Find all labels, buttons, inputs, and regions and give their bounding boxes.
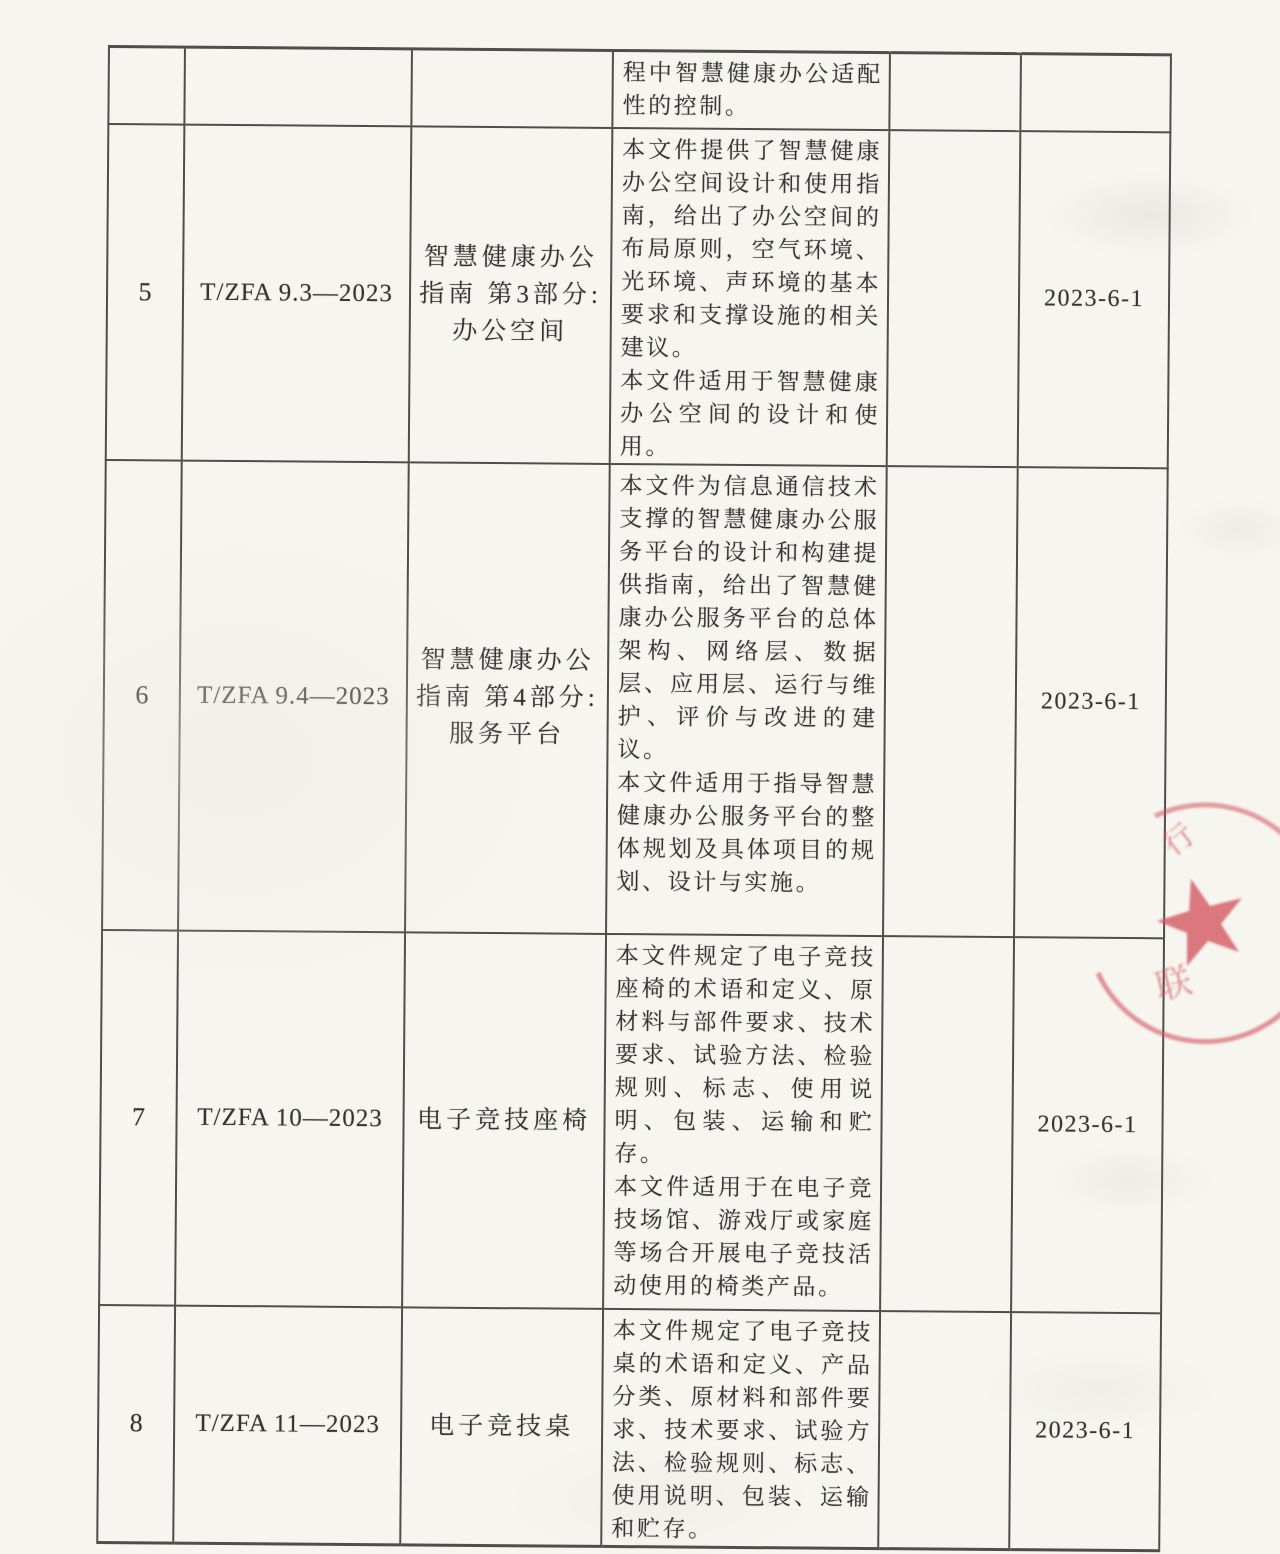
- standard-scope: 本文件规定了电子竞技座椅的术语和定义、原材料与部件要求、技术要求、试验方法、检验…: [603, 933, 883, 1310]
- standard-name-line: 办公空间: [415, 312, 606, 350]
- implementation-date: 2023-6-1: [1009, 1312, 1161, 1551]
- scope-text: 程中智慧健康办公适配性的控制。: [622, 56, 883, 124]
- cell-name-empty: [411, 49, 613, 128]
- seal-star-icon: [1157, 879, 1242, 966]
- table-row-continuation: 程中智慧健康办公适配性的控制。: [108, 47, 1171, 132]
- scope-paragraph: 本文件适用于在电子竞技场馆、游戏厅或家庭等场合开展电子竞技活动使用的椅类产品。: [613, 1170, 874, 1304]
- standard-name-line: 指南 第3部分:: [415, 275, 606, 313]
- table-row-6: 6 T/ZFA 9.4—2023 智慧健康办公 指南 第4部分: 服务平台 本文…: [102, 459, 1168, 937]
- standard-name-line: 智慧健康办公: [415, 238, 606, 276]
- standards-table: 程中智慧健康办公适配性的控制。 5 T/ZFA 9.3—2023 智慧健康办公 …: [96, 45, 1172, 1552]
- seal-top-arc: [1155, 805, 1280, 873]
- standard-scope: 本文件规定了电子竞技桌的术语和定义、产品分类、原材料和部件要求、技术要求、试验方…: [601, 1308, 880, 1548]
- standard-name: 电子竞技座椅: [402, 932, 606, 1309]
- scope-paragraph: 本文件适用于智慧健康办公空间的设计和使用。: [620, 364, 881, 465]
- standard-number: T/ZFA 9.4—2023: [178, 460, 409, 932]
- table-row-7: 7 T/ZFA 10—2023 电子竞技座椅 本文件规定了电子竞技座椅的术语和定…: [99, 929, 1164, 1312]
- scope-paragraph: 本文件规定了电子竞技桌的术语和定义、产品分类、原材料和部件要求、技术要求、试验方…: [611, 1314, 873, 1547]
- table-row-5: 5 T/ZFA 9.3—2023 智慧健康办公 指南 第3部分: 办公空间 本文…: [106, 124, 1171, 468]
- scope-paragraph: 本文件提供了智慧健康办公空间设计和使用指南，给出了办公空间的布局原则，空气环境、…: [621, 133, 883, 366]
- table-row-8: 8 T/ZFA 11—2023 电子竞技桌 本文件规定了电子竞技桌的术语和定义、…: [97, 1304, 1161, 1550]
- scope-paragraph: 本文件规定了电子竞技座椅的术语和定义、原材料与部件要求、技术要求、试验方法、检验…: [614, 939, 876, 1172]
- cell-blank: [880, 936, 1014, 1312]
- cell-scope-continuation: 程中智慧健康办公适配性的控制。: [612, 50, 890, 129]
- standards-table-grid: 程中智慧健康办公适配性的控制。 5 T/ZFA 9.3—2023 智慧健康办公 …: [96, 45, 1172, 1552]
- cell-blank: [889, 53, 1021, 131]
- scanned-document-page: { "page": { "background": "#f6f5f0", "in…: [0, 0, 1280, 1554]
- standard-number: T/ZFA 9.3—2023: [182, 124, 412, 462]
- implementation-date: 2023-6-1: [1018, 131, 1171, 468]
- cell-date-empty: [1020, 54, 1171, 132]
- scope-paragraph: 本文件为信息通信技术支撑的智慧健康办公服务平台的设计和构建提供指南，给出了智慧健…: [617, 469, 879, 768]
- standard-name-line: 智慧健康办公: [412, 641, 603, 679]
- implementation-date: 2023-6-1: [1014, 467, 1168, 938]
- standard-name-line: 服务平台: [411, 715, 602, 753]
- row-number: 6: [102, 459, 182, 930]
- implementation-date: 2023-6-1: [1011, 937, 1164, 1313]
- cell-no-empty: [108, 47, 185, 125]
- standard-name-line: 电子竞技桌: [406, 1407, 597, 1445]
- cell-blank: [887, 130, 1021, 467]
- cell-blank: [878, 1311, 1011, 1550]
- scope-paragraph: 本文件适用于指导智慧健康办公服务平台的整体规划及具体项目的规划、设计与实施。: [616, 766, 877, 900]
- standard-name-line: 指南 第4部分:: [412, 678, 603, 716]
- standard-scope: 本文件提供了智慧健康办公空间设计和使用指南，给出了办公空间的布局原则，空气环境、…: [610, 127, 890, 465]
- standard-number: T/ZFA 11—2023: [173, 1305, 402, 1544]
- cell-blank: [883, 466, 1018, 937]
- cell-standard-no-empty: [184, 47, 412, 126]
- row-number: 8: [97, 1304, 175, 1542]
- standard-name: 智慧健康办公 指南 第3部分: 办公空间: [409, 126, 613, 464]
- standard-number: T/ZFA 10—2023: [175, 930, 405, 1307]
- standard-name-line: 电子竞技座椅: [408, 1101, 599, 1139]
- standard-name: 智慧健康办公 指南 第4部分: 服务平台: [405, 462, 610, 934]
- standard-name: 电子竞技桌: [400, 1307, 603, 1546]
- row-number: 5: [106, 124, 185, 461]
- standard-scope: 本文件为信息通信技术支撑的智慧健康办公服务平台的设计和构建提供指南，给出了智慧健…: [606, 463, 887, 935]
- row-number: 7: [99, 929, 178, 1305]
